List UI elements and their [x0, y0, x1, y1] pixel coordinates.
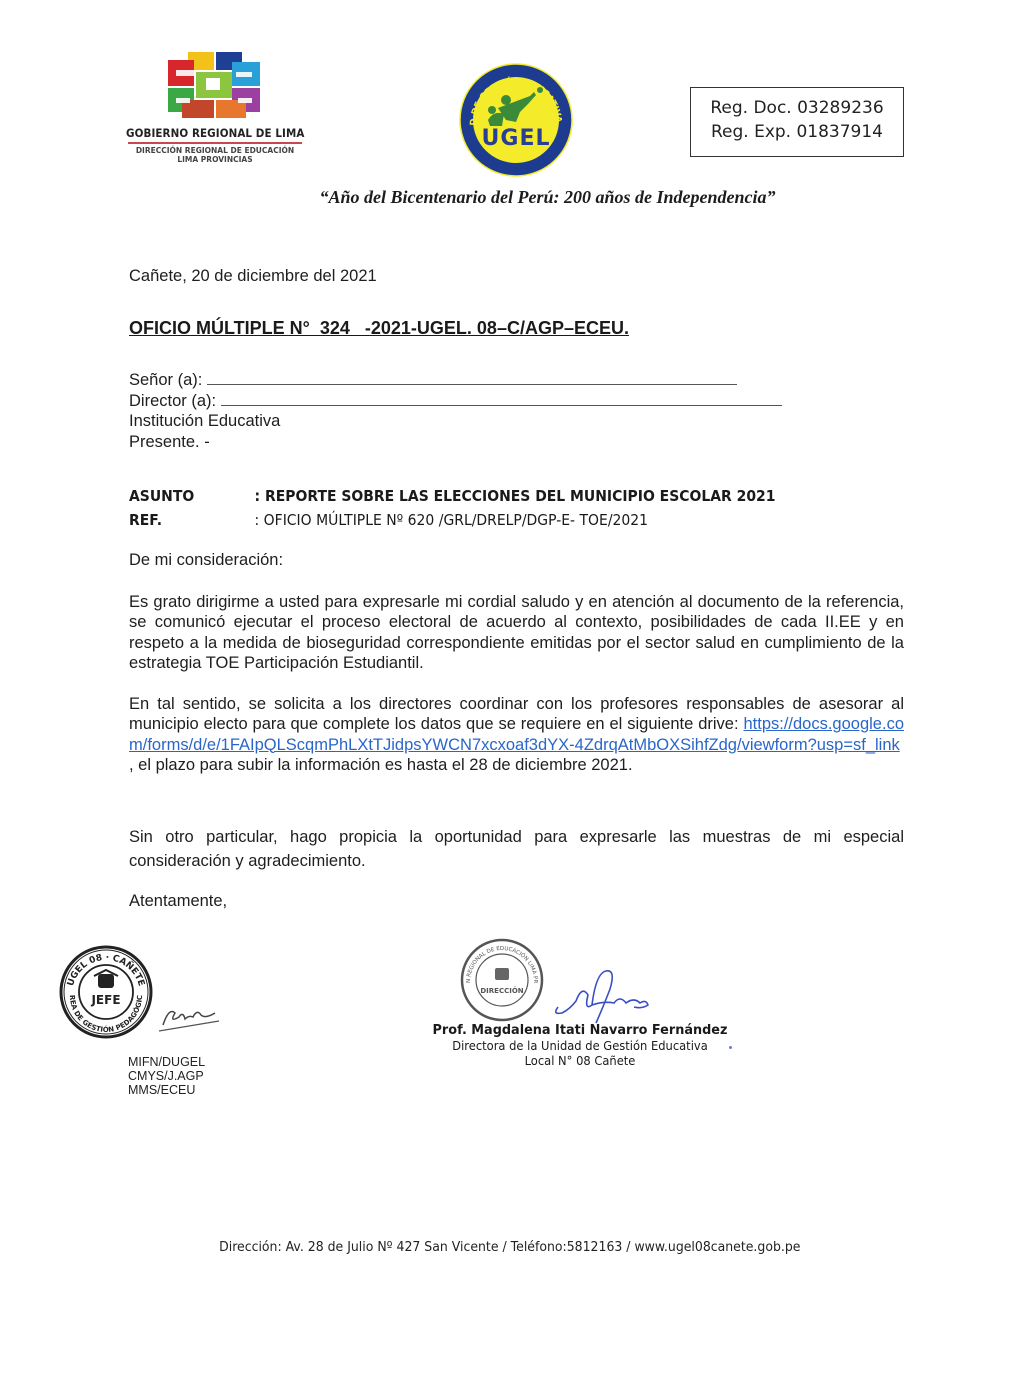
- svg-text:JEFE: JEFE: [90, 993, 120, 1007]
- recipient-block: Señor (a): Director (a): Institución Edu…: [129, 370, 782, 452]
- senor-label: Señor (a):: [129, 371, 207, 389]
- initials-line-2: CMYS/J.AGP: [128, 1069, 205, 1083]
- year-motto: “Año del Bicentenario del Perú: 200 años…: [0, 187, 1020, 208]
- closing: Atentamente,: [129, 892, 227, 911]
- gobierno-subtitle-line2: LIMA PROVINCIAS: [126, 155, 304, 164]
- initials-line-1: MIFN/DUGEL: [128, 1055, 205, 1069]
- paragraph-2-deadline: , el plazo para subir la información es …: [129, 756, 633, 774]
- gobierno-regional-mark-icon: [166, 52, 262, 120]
- signatory-role-line2: Local N° 08 Cañete: [419, 1053, 741, 1068]
- gobierno-regional-rule: [128, 142, 302, 144]
- initials-block: MIFN/DUGEL CMYS/J.AGP MMS/ECEU: [128, 1055, 205, 1097]
- registration-box: Reg. Doc. 03289236 Reg. Exp. 01837914: [690, 87, 904, 157]
- handwritten-signature-icon: [155, 995, 225, 1035]
- ref-row: REF.: OFICIO MÚLTIPLE Nº 620 /GRL/DRELP/…: [129, 508, 775, 532]
- jefe-stamp-icon: UGEL 08 · CAÑETE ÁREA DE GESTIÓN PEDAGÓG…: [58, 944, 154, 1040]
- direccion-stamp-icon: DIRECCIÓN REGIONAL DE EDUCACIÓN LIMA PRO…: [460, 938, 544, 1022]
- gobierno-regional-title: GOBIERNO REGIONAL DE LIMA: [126, 126, 286, 140]
- registration-exp: Reg. Exp. 01837914: [691, 120, 903, 144]
- letter-date: Cañete, 20 de diciembre del 2021: [129, 267, 377, 286]
- gobierno-subtitle-line1: DIRECCIÓN REGIONAL DE EDUCACIÓN: [126, 146, 304, 155]
- registration-doc: Reg. Doc. 03289236: [691, 96, 903, 120]
- asunto-row: ASUNTO: REPORTE SOBRE LAS ELECCIONES DEL…: [129, 484, 775, 508]
- asunto-value: : REPORTE SOBRE LAS ELECCIONES DEL MUNIC…: [255, 487, 776, 505]
- paragraph-2: En tal sentido, se solicita a los direct…: [129, 694, 904, 775]
- jefe-stamp: UGEL 08 · CAÑETE ÁREA DE GESTIÓN PEDAGÓG…: [58, 944, 154, 1040]
- recipient-institution: Institución Educativa: [129, 411, 782, 432]
- svg-text:DIRECCIÓN: DIRECCIÓN: [480, 986, 523, 995]
- paragraph-1: Es grato dirigirme a usted para expresar…: [129, 592, 904, 673]
- director-blank-line: [221, 392, 782, 406]
- handwritten-signature-icon: [548, 965, 658, 1030]
- signatory-role-line1: Directora de la Unidad de Gestión Educat…: [419, 1038, 741, 1053]
- recipient-director: Director (a):: [129, 391, 782, 412]
- recipient-presente: Presente. -: [129, 432, 782, 453]
- signatory-block: Prof. Magdalena Itati Navarro Fernández …: [405, 1022, 755, 1068]
- signatory-name: Prof. Magdalena Itati Navarro Fernández: [414, 1022, 747, 1038]
- ugel-logo: UNIDAD DE GESTIÓN EDUCATIVA LOCAL · Nº 0…: [458, 62, 574, 178]
- director-label: Director (a):: [129, 392, 221, 410]
- gobierno-regional-logo: GOBIERNO REGIONAL DE LIMA DIRECCIÓN REGI…: [126, 50, 304, 168]
- footer-address: Dirección: Av. 28 de Julio Nº 427 San Vi…: [0, 1240, 1020, 1255]
- ref-label: REF.: [129, 508, 255, 532]
- svg-text:UGEL: UGEL: [482, 126, 551, 151]
- footer-text: Dirección: Av. 28 de Julio Nº 427 San Vi…: [219, 1240, 800, 1255]
- left-signature: [155, 995, 225, 1035]
- ink-dot: [729, 1046, 732, 1049]
- director-signature: [548, 965, 658, 1030]
- senor-blank-line: [207, 371, 737, 385]
- greeting: De mi consideración:: [129, 551, 283, 570]
- direccion-stamp: DIRECCIÓN REGIONAL DE EDUCACIÓN LIMA PRO…: [460, 938, 544, 1022]
- recipient-senor: Señor (a):: [129, 370, 782, 391]
- subject-block: ASUNTO: REPORTE SOBRE LAS ELECCIONES DEL…: [129, 484, 775, 532]
- initials-line-3: MMS/ECEU: [128, 1083, 205, 1097]
- asunto-label: ASUNTO: [129, 484, 255, 508]
- paragraph-3: Sin otro particular, hago propicia la op…: [129, 825, 904, 873]
- ref-value: : OFICIO MÚLTIPLE Nº 620 /GRL/DRELP/DGP-…: [255, 511, 648, 529]
- gobierno-regional-subtitle: DIRECCIÓN REGIONAL DE EDUCACIÓN LIMA PRO…: [126, 146, 304, 164]
- ugel-emblem-icon: UNIDAD DE GESTIÓN EDUCATIVA LOCAL · Nº 0…: [458, 62, 574, 178]
- oficio-number: OFICIO MÚLTIPLE N° 324 -2021-UGEL. 08–C/…: [129, 318, 629, 339]
